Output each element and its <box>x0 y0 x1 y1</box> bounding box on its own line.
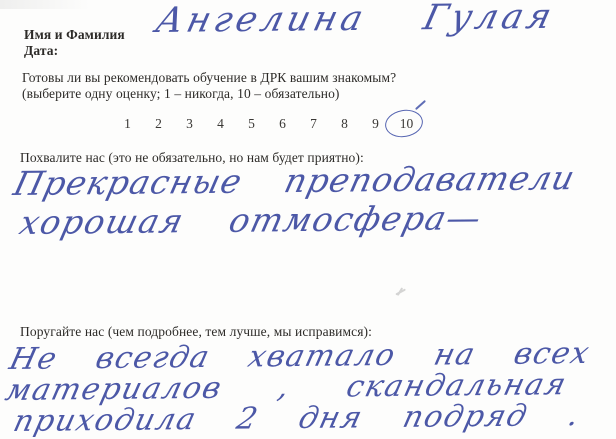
rating-5: 5 <box>236 116 267 132</box>
handwritten-praise-line-2: хорошая отмосфера— <box>16 198 486 242</box>
handwritten-praise-line-1: Прекрасные преподаватели . <box>10 158 616 203</box>
question-hint: (выберите одну оценку; 1 – никогда, 10 –… <box>22 86 340 102</box>
scanned-feedback-form: АнгелинаГулая Имя и Фамилия Дата: Готовы… <box>0 0 616 439</box>
rating-3: 3 <box>174 116 205 132</box>
handwritten-last-name: Гулая <box>419 0 559 38</box>
selected-rating-circle-tail <box>415 100 426 110</box>
rating-6: 6 <box>267 116 298 132</box>
date-label: Дата: <box>24 43 58 59</box>
rating-8: 8 <box>329 116 360 132</box>
selected-rating-circle <box>383 107 425 140</box>
rating-7: 7 <box>298 116 329 132</box>
pencil-smudge-artifact <box>394 285 409 298</box>
rating-1: 1 <box>112 116 143 132</box>
rating-2: 2 <box>143 116 174 132</box>
critique-label: Поругайте нас (чем подробнее, тем лучше,… <box>20 324 372 340</box>
name-label: Имя и Фамилия <box>24 27 125 43</box>
rating-scale: 1 2 3 4 5 6 7 8 9 10 <box>112 116 422 132</box>
scan-edge-artifact <box>0 0 90 9</box>
recommend-question: Готовы ли вы рекомендовать обучение в ДР… <box>22 70 396 86</box>
handwritten-name: АнгелинаГулая <box>152 0 559 41</box>
rating-4: 4 <box>205 116 236 132</box>
handwritten-first-name: Ангелина <box>152 0 371 41</box>
